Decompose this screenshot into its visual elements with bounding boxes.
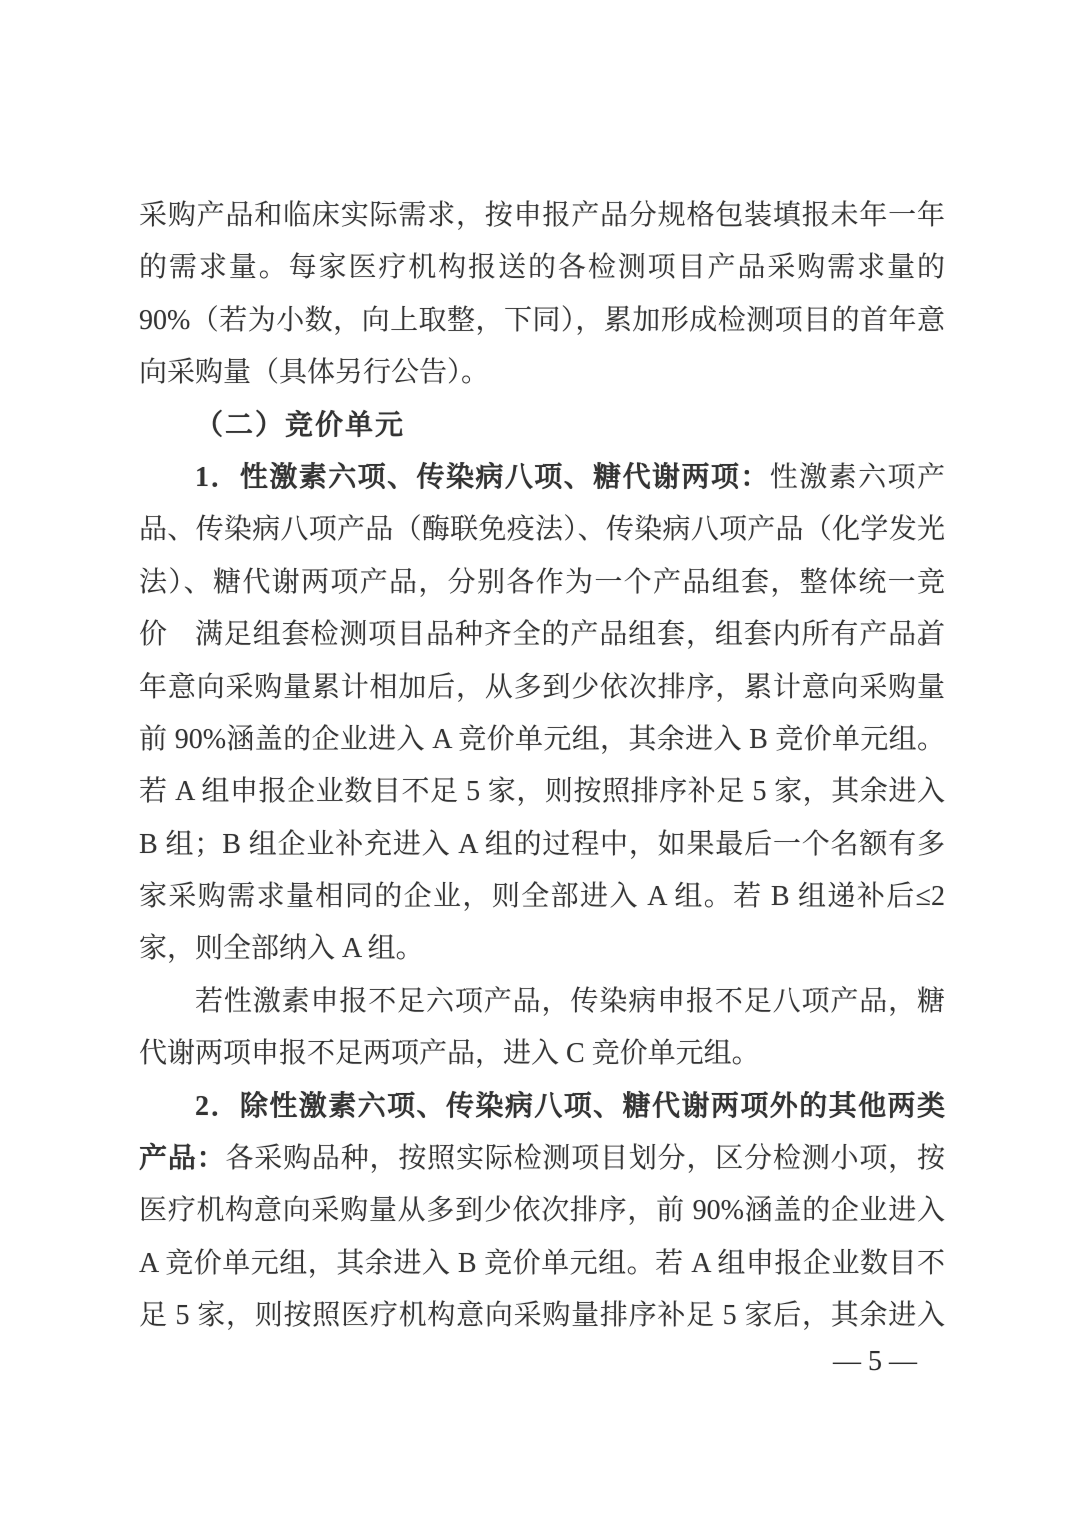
- text-segment: 代谢两项申报不足两项产品，进入 C 竞价单元组。: [139, 1038, 760, 1069]
- text-segment: 各采购品种，按照实际检测项目划分，区分检测小项，按: [225, 1143, 945, 1174]
- text-line-13: B 组；B 组企业补充进入 A 组的过程中，如果最后一个名额有多: [139, 819, 945, 871]
- text-line-10: 年意向采购量累计相加后，从多到少依次排序，累计意向采购量: [139, 662, 945, 714]
- text-line-20: 医疗机构意向采购量从多到少依次排序，前 90%涵盖的企业进入: [139, 1185, 945, 1237]
- text-line-17: 代谢两项申报不足两项产品，进入 C 竞价单元组。: [139, 1028, 945, 1080]
- bold-text-segment: 1．性激素六项、传染病八项、糖代谢两项：: [195, 462, 770, 493]
- document-page: 采购产品和临床实际需求，按申报产品分规格包装填报未年一年的需求量。每家医疗机构报…: [0, 0, 1080, 1526]
- text-line-22: 足 5 家，则按照医疗机构意向采购量排序补足 5 家后，其余进入: [139, 1290, 945, 1342]
- text-line-12: 若 A 组申报企业数目不足 5 家，则按照排序补足 5 家，其余进入: [139, 766, 945, 818]
- text-segment: 前 90%涵盖的企业进入 A 竞价单元组，其余进入 B 竞价单元组。: [139, 724, 945, 755]
- text-line-19: 产品：各采购品种，按照实际检测项目划分，区分检测小项，按: [139, 1133, 945, 1185]
- text-segment: 满足组套检测项目品种齐全的产品组套，组套内所有产品首: [195, 619, 945, 650]
- text-segment: 向采购量（具体另行公告）。: [139, 357, 489, 388]
- text-line-14: 家采购需求量相同的企业，则全部进入 A 组。若 B 组递补后≤2: [139, 871, 945, 923]
- text-segment: 采购产品和临床实际需求，按申报产品分规格包装填报未年一年: [139, 200, 945, 231]
- text-segment: 若 A 组申报企业数目不足 5 家，则按照排序补足 5 家，其余进入: [139, 776, 945, 807]
- text-line-8: 法）、糖代谢两项产品，分别各作为一个产品组套，整体统一竞价。: [139, 557, 945, 609]
- bold-text-segment: （二）竞价单元: [195, 410, 405, 441]
- text-segment: 家采购需求量相同的企业，则全部进入 A 组。若 B 组递补后≤2: [139, 881, 945, 912]
- text-line-15: 家，则全部纳入 A 组。: [139, 923, 945, 975]
- text-segment: 品、传染病八项产品（酶联免疫法）、传染病八项产品（化学发光: [139, 514, 945, 545]
- text-segment: 年意向采购量累计相加后，从多到少依次排序，累计意向采购量: [139, 672, 945, 703]
- text-line-21: A 竞价单元组，其余进入 B 竞价单元组。若 A 组申报企业数目不: [139, 1238, 945, 1290]
- text-line-1: 采购产品和临床实际需求，按申报产品分规格包装填报未年一年: [139, 190, 945, 242]
- text-line-7: 品、传染病八项产品（酶联免疫法）、传染病八项产品（化学发光: [139, 504, 945, 556]
- text-segment: 的需求量。每家医疗机构报送的各检测项目产品采购需求量的: [139, 252, 945, 283]
- text-line-6: 1．性激素六项、传染病八项、糖代谢两项：性激素六项产: [139, 452, 945, 504]
- page-number: — 5 —: [833, 1340, 917, 1384]
- text-segment: 医疗机构意向采购量从多到少依次排序，前 90%涵盖的企业进入: [139, 1195, 945, 1226]
- text-segment: 若性激素申报不足六项产品，传染病申报不足八项产品，糖: [195, 986, 945, 1017]
- bold-text-segment: 2．除性激素六项、传染病八项、糖代谢两项外的其他两类: [195, 1091, 945, 1122]
- text-line-18: 2．除性激素六项、传染病八项、糖代谢两项外的其他两类: [139, 1081, 945, 1133]
- document-lines: 采购产品和临床实际需求，按申报产品分规格包装填报未年一年的需求量。每家医疗机构报…: [139, 190, 945, 1343]
- text-line-2: 的需求量。每家医疗机构报送的各检测项目产品采购需求量的: [139, 242, 945, 294]
- text-line-3: 90%（若为小数，向上取整，下同），累加形成检测项目的首年意: [139, 295, 945, 347]
- text-line-16: 若性激素申报不足六项产品，传染病申报不足八项产品，糖: [139, 976, 945, 1028]
- text-segment: A 竞价单元组，其余进入 B 竞价单元组。若 A 组申报企业数目不: [139, 1248, 945, 1279]
- text-segment: 足 5 家，则按照医疗机构意向采购量排序补足 5 家后，其余进入: [139, 1300, 945, 1331]
- text-segment: 家，则全部纳入 A 组。: [139, 933, 424, 964]
- text-line-9: 满足组套检测项目品种齐全的产品组套，组套内所有产品首: [139, 609, 945, 661]
- text-segment: 性激素六项产: [770, 462, 945, 493]
- text-line-4: 向采购量（具体另行公告）。: [139, 347, 945, 399]
- text-segment: B 组；B 组企业补充进入 A 组的过程中，如果最后一个名额有多: [139, 829, 945, 860]
- text-line-5: （二）竞价单元: [139, 400, 945, 452]
- text-line-11: 前 90%涵盖的企业进入 A 竞价单元组，其余进入 B 竞价单元组。: [139, 714, 945, 766]
- text-segment: 90%（若为小数，向上取整，下同），累加形成检测项目的首年意: [139, 305, 945, 336]
- bold-text-segment: 产品：: [139, 1143, 225, 1174]
